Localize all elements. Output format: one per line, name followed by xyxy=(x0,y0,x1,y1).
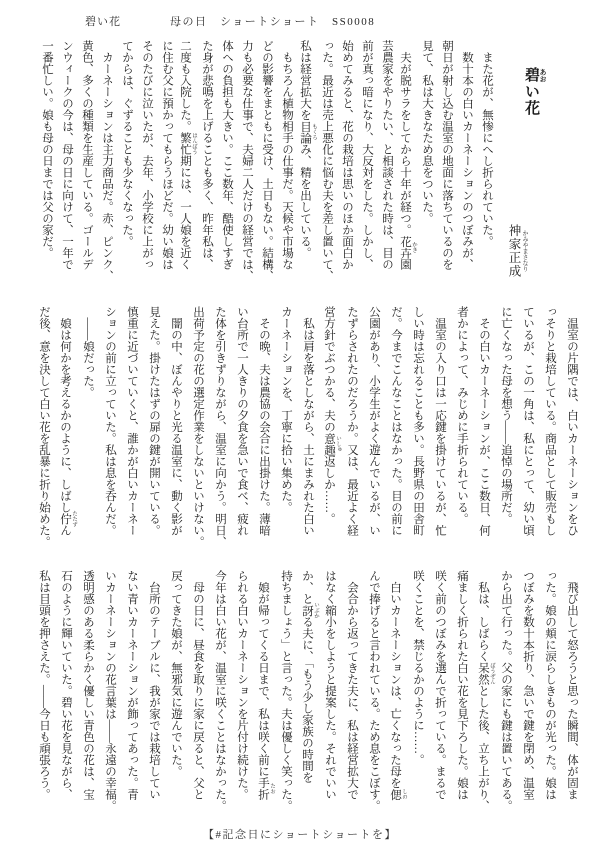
text-column: 公園があり、小学生がよく遊んでいるが、い xyxy=(363,306,385,554)
text-column: ているが、この一角は、私にとって、幼い頃 xyxy=(517,306,539,554)
text-column: 二度も入院した。繁忙はんぼう期には、一人娘を近く xyxy=(177,40,197,290)
text-column: ない青いカーネーションが飾ってあった。青 xyxy=(121,570,143,814)
text-column: 台所のテーブルに、我が家では栽培してい xyxy=(143,570,165,814)
text-column: いカーネーションの花言葉は——永遠の幸福。 xyxy=(99,570,121,814)
text-column: カーネーションは主力商品だ。赤、ピンク、 xyxy=(97,40,117,290)
text-column: 朝日が射し込む温室の地面に落ちているのを xyxy=(437,40,457,290)
text-column: 芸農家をやりたい、と相談された時は、目の xyxy=(377,40,397,290)
text-column: 始めてみると、花の栽培は思いのほか面白か xyxy=(337,40,357,290)
footer-hashtag: 【#記念日にショートショートを】 xyxy=(0,826,600,842)
text-column: か、と訝いぶかる夫に、「もう少し家族の時間を xyxy=(297,570,319,814)
text-column: に住む父に預かってもらうほどだ。幼い娘は xyxy=(157,40,177,290)
text-column: たずらされたのだろうか。又は、最近よく経 xyxy=(341,306,363,554)
text-column: 私は目頭を押さえた。——今日も頑張ろう。 xyxy=(33,570,55,814)
text-column: 娘が帰ってくる日まで、私は咲く前に手折たお xyxy=(253,570,275,814)
ruby-annotated-text: 碧あお xyxy=(523,67,539,84)
text-column: 私は肩を落としながら、土にまみれた白い xyxy=(297,306,319,554)
text-column: 母の日に、昼食を取りに家に戻ると、父と xyxy=(187,570,209,814)
text-column: 前が真っ暗になり、大反対をした。しかし、 xyxy=(357,40,377,290)
text-column: た体を引きずりながら、温室に向かう。明日、 xyxy=(209,306,231,554)
text-column: 者かによって、みじめに手折られている。 xyxy=(451,306,473,554)
header-meta: 母の日 ショートショート SS0008 xyxy=(170,13,375,29)
text-column: られる白いカーネーションを片付け続けた。 xyxy=(231,570,253,814)
text-column: 力も必要な仕事で、夫婦二人だけの経営では、 xyxy=(237,40,257,290)
text-column: 会合から返ってきた夫に、私は経営拡大で xyxy=(341,570,363,814)
text-column: もちろん植物相手の仕事だ。天候や市場な xyxy=(277,40,297,290)
text-column: 戻ってきた娘が、無邪気に遊んでいた。 xyxy=(165,570,187,814)
text-column: 慎重に近づいていくと、誰かが白いカーネー xyxy=(121,306,143,554)
text-column: 一番忙しい。娘も母の日までは父の家だ。 xyxy=(37,40,57,290)
text-column: 闇の中、ぼんやりと光る温室に、動く影が xyxy=(165,306,187,554)
text-column: 見て、私は大きなため息をついた。 xyxy=(417,40,437,290)
ruby-annotated-text: 意趣いしゅ xyxy=(323,433,335,456)
text-column: 白いカーネーションは、亡くなった母を偲しの xyxy=(385,570,407,814)
text-column: った。最近は売上悪化に悩む夫を差し置いて、 xyxy=(317,40,337,290)
text-column: ——娘だった。 xyxy=(77,306,99,554)
text-column: 娘は何かを考えるかのように、しばし佇たたずん xyxy=(55,306,77,554)
text-column: 咲くことを、禁じるかのように……。 xyxy=(407,570,429,814)
text-column: 温室の入り口は一応鍵を掛けているが、忙 xyxy=(429,306,451,554)
text-column: カーネーションを、丁寧に拾い集めた。 xyxy=(275,306,297,554)
text-column: 石のように輝いていた。碧い花を見ながら、 xyxy=(55,570,77,814)
text-column: に亡くなった母を想う——追悼の場所だ。 xyxy=(495,306,517,554)
text-column: その白いカーネーションが、ここ数日、何 xyxy=(473,306,495,554)
text-column: はなく縮小をしようと提案した。それでいい xyxy=(319,570,341,814)
text-band-2: 温室の片隅では、白いカーネーションをひっそりと栽培している。商品として販売もして… xyxy=(33,306,583,554)
text-column: また花が、無惨にへし折られていた。 xyxy=(477,40,497,290)
text-column: そのたびに泣いたが、去年、小学校に上がっ xyxy=(137,40,157,290)
ruby-annotated-text: 花卉かき xyxy=(399,236,411,259)
text-column: 透明感のある柔らかく優しい青色の花は、宝 xyxy=(77,570,99,814)
text-column: 営方針でぶつかる、夫の意趣いしゅ返しか……。 xyxy=(319,306,341,554)
text-column: 今年は白い花が、温室に咲くことはなかった。 xyxy=(209,570,231,814)
text-column: 温室の片隅では、白いカーネーションをひ xyxy=(561,306,583,554)
text-column: 数十本の白いカーネーションのつぼみが、 xyxy=(457,40,477,290)
ruby-annotated-text: 呆然ぼうぜん xyxy=(477,662,489,685)
ruby-annotated-text: 手折たお xyxy=(257,777,269,800)
story-title: 碧あおい花 xyxy=(527,40,547,317)
text-column: てからは、ぐずることも少なくなった。 xyxy=(117,40,137,290)
ruby-annotated-text: 目論もくろ xyxy=(299,121,311,144)
manuscript-page: 碧い花 母の日 ショートショート SS0008 碧あおい花神家正成かみやまさなり… xyxy=(0,0,600,850)
text-column: 夫が脱サラをしてから十年が経つ。花卉かき園 xyxy=(397,40,417,290)
ruby-annotated-text: 佇たたず xyxy=(59,513,71,525)
text-band-1: 碧あおい花神家正成かみやまさなり また花が、無惨にへし折られていた。 数十本の白… xyxy=(37,40,583,290)
text-column: どの影響をまともに受け、土日もない。結構、 xyxy=(257,40,277,290)
text-column: その晩、夫は農協の会合に出掛けた。薄暗 xyxy=(253,306,275,554)
text-column: た身が悲鳴を上げることも多く、昨年私は、 xyxy=(197,40,217,290)
text-column: 出荷予定の花の選定作業をしないといけない。 xyxy=(187,306,209,554)
text-column: 痛ましく折られた白い花を見下ろした。娘は xyxy=(451,570,473,814)
text-band-3: 飛び出して怒ろうと思った瞬間、体が固まった。娘の頬に涙らしきものが光った。娘はつ… xyxy=(33,570,583,814)
text-column: しい時は忘れることも多い。長野県の田舎町 xyxy=(407,306,429,554)
text-column: 持ちましょう」と言った。夫は優しく笑った。 xyxy=(275,570,297,814)
text-column: ンウィークの今は、母の日に向けて、一年で xyxy=(57,40,77,290)
text-column: んで捧げると言われている。ため息をこぼす。 xyxy=(363,570,385,814)
text-column: つぼみを数十本折り、急いで鍵を閉め、温室 xyxy=(517,570,539,814)
ruby-annotated-text: 偲しの xyxy=(389,789,401,801)
page-header: 碧い花 母の日 ショートショート SS0008 xyxy=(0,13,600,29)
text-column: 見えた。掛けたはずの扉の鍵が開いている。 xyxy=(143,306,165,554)
text-column: だ。今までこんなことはなかった。目の前に xyxy=(385,306,407,554)
header-running-title: 碧い花 xyxy=(85,13,121,29)
text-column: 私は経営拡大を目論もくろみ、精を出している。 xyxy=(297,40,317,290)
ruby-annotated-text: 神家正成かみやまさなり xyxy=(507,224,521,278)
text-column: だ後、意を決して白い花を乱暴に折り始めた。 xyxy=(33,306,55,554)
text-column: 飛び出して怒ろうと思った瞬間、体が固ま xyxy=(561,570,583,814)
ruby-annotated-text: 訝いぶか xyxy=(301,605,313,617)
text-column: 黄色、多くの種類を生産している。ゴールデ xyxy=(77,40,97,290)
text-column: 私は、しばらく呆然ぼうぜんとした後、立ち上がり、 xyxy=(473,570,495,814)
text-column: 体への負担も大きい。ここ数年、酷使しすぎ xyxy=(217,40,237,290)
text-column: っそりと栽培している。商品として販売もし xyxy=(539,306,561,554)
text-column: ションの前に立っていた。私は息を呑んだ。 xyxy=(99,306,121,554)
text-column: 咲く前のつぼみを選んで折っている。まるで xyxy=(429,570,451,814)
text-column: い台所で一人きりの夕食を急いで食べ、疲れ xyxy=(231,306,253,554)
text-column: った。娘の頬に涙らしきものが光った。娘は xyxy=(539,570,561,814)
ruby-annotated-text: 繁忙はんぼう xyxy=(179,132,191,155)
text-column: から出て行った。父の家にも鍵は置いてある。 xyxy=(495,570,517,814)
